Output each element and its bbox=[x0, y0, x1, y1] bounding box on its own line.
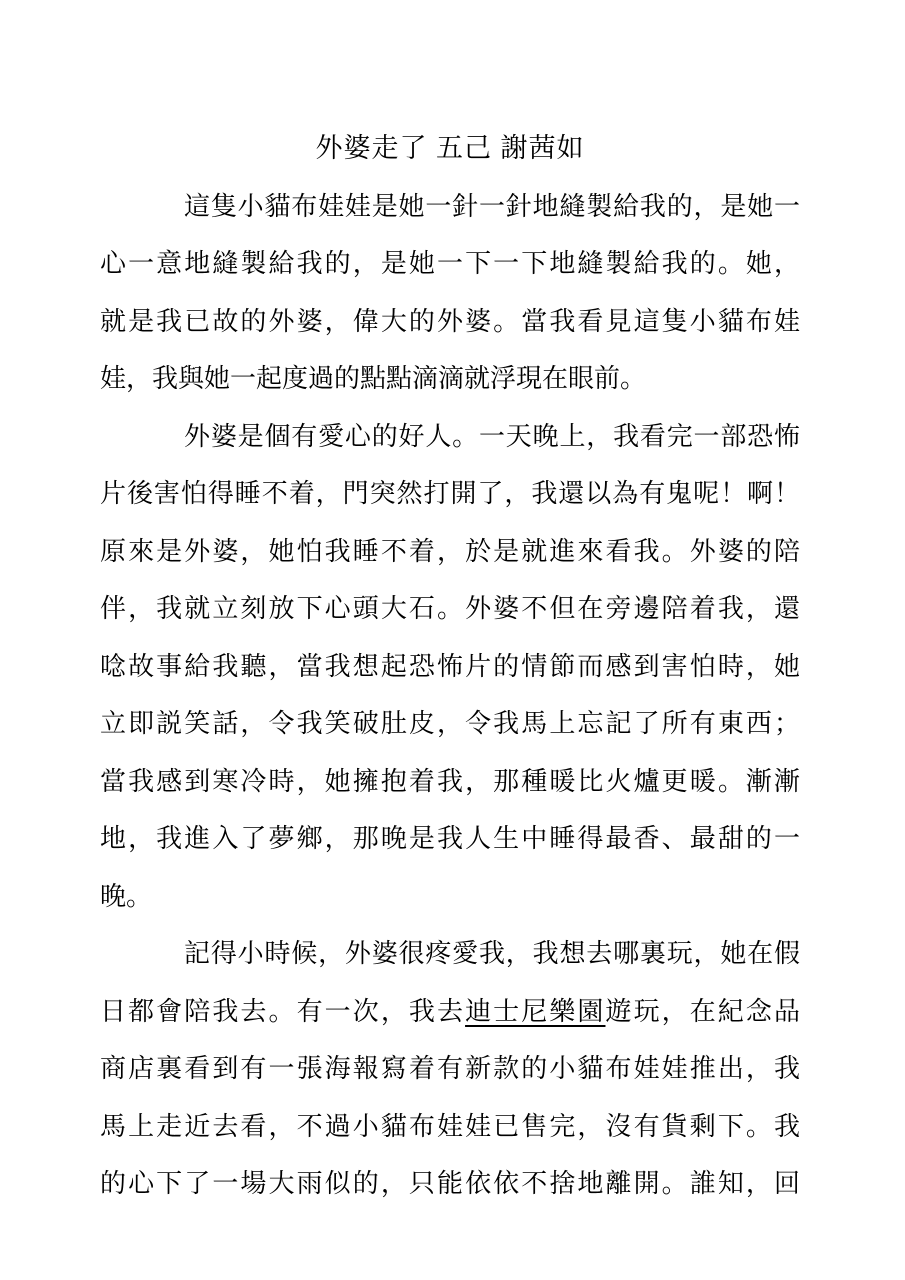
text-segment: 的心下了一場大雨似的，只能依依不捨地離開。誰知，回 bbox=[100, 1168, 800, 1198]
text-line: 記得小時候，外婆很疼愛我，我想去哪裏玩，她在假 bbox=[100, 925, 800, 983]
text-line: 娃，我與她一起度過的點點滴滴就浮現在眼前。 bbox=[100, 350, 800, 408]
text-segment: 這隻小貓布娃娃是她一針一針地縫製給我的，是她一 bbox=[184, 191, 800, 221]
text-segment: 立即説笑話，令我笑破肚皮，令我馬上忘記了所有東西； bbox=[100, 708, 800, 738]
text-line: 唸故事給我聽，當我想起恐怖片的情節而感到害怕時，她 bbox=[100, 638, 800, 696]
underlined-text: 迪士尼樂園 bbox=[465, 996, 605, 1026]
document-page: { "colors": { "background": "#ffffff", "… bbox=[0, 0, 905, 1280]
text-line: 原來是外婆，她怕我睡不着，於是就進來看我。外婆的陪 bbox=[100, 523, 800, 581]
text-line: 外婆是個有愛心的好人。一天晚上，我看完一部恐怖 bbox=[100, 408, 800, 466]
text-segment: 遊玩，在紀念品 bbox=[605, 996, 800, 1026]
text-segment: 心一意地縫製給我的，是她一下一下地縫製給我的。她， bbox=[100, 248, 800, 278]
text-segment: 馬上走近去看，不過小貓布娃娃已售完，沒有貨剩下。我 bbox=[100, 1111, 800, 1141]
text-line: 這隻小貓布娃娃是她一針一針地縫製給我的，是她一 bbox=[100, 178, 800, 236]
text-segment: 地，我進入了夢鄉，那晚是我人生中睡得最香、最甜的一 bbox=[100, 823, 800, 853]
text-segment: 晚。 bbox=[100, 881, 152, 911]
text-segment: 當我感到寒冷時，她擁抱着我，那種暖比火爐更暖。漸漸 bbox=[100, 766, 800, 796]
text-line: 立即説笑話，令我笑破肚皮，令我馬上忘記了所有東西； bbox=[100, 695, 800, 753]
text-line: 日都會陪我去。有一次，我去迪士尼樂園遊玩，在紀念品 bbox=[100, 983, 800, 1041]
text-segment: 記得小時候，外婆很疼愛我，我想去哪裏玩，她在假 bbox=[184, 938, 800, 968]
text-segment: 娃，我與她一起度過的點點滴滴就浮現在眼前。 bbox=[100, 363, 646, 393]
text-line: 商店裏看到有一張海報寫着有新款的小貓布娃娃推出，我 bbox=[100, 1040, 800, 1098]
text-segment: 就是我已故的外婆，偉大的外婆。當我看見這隻小貓布娃 bbox=[100, 306, 800, 336]
text-line: 當我感到寒冷時，她擁抱着我，那種暖比火爐更暖。漸漸 bbox=[100, 753, 800, 811]
document-body: 這隻小貓布娃娃是她一針一針地縫製給我的，是她一心一意地縫製給我的，是她一下一下地… bbox=[100, 178, 800, 1213]
text-line: 心一意地縫製給我的，是她一下一下地縫製給我的。她， bbox=[100, 235, 800, 293]
text-line: 馬上走近去看，不過小貓布娃娃已售完，沒有貨剩下。我 bbox=[100, 1098, 800, 1156]
document-title: 外婆走了 五己 謝茜如 bbox=[100, 120, 800, 178]
text-line: 的心下了一場大雨似的，只能依依不捨地離開。誰知，回 bbox=[100, 1155, 800, 1213]
text-segment: 片後害怕得睡不着，門突然打開了，我還以為有鬼呢！啊！ bbox=[100, 478, 800, 508]
text-segment: 伴，我就立刻放下心頭大石。外婆不但在旁邊陪着我，還 bbox=[100, 593, 800, 623]
text-line: 片後害怕得睡不着，門突然打開了，我還以為有鬼呢！啊！ bbox=[100, 465, 800, 523]
text-segment: 原來是外婆，她怕我睡不着，於是就進來看我。外婆的陪 bbox=[100, 536, 800, 566]
essay-document: 外婆走了 五己 謝茜如 這隻小貓布娃娃是她一針一針地縫製給我的，是她一心一意地縫… bbox=[100, 120, 800, 1213]
text-segment: 唸故事給我聽，當我想起恐怖片的情節而感到害怕時，她 bbox=[100, 651, 800, 681]
text-segment: 日都會陪我去。有一次，我去 bbox=[100, 996, 465, 1026]
text-line: 伴，我就立刻放下心頭大石。外婆不但在旁邊陪着我，還 bbox=[100, 580, 800, 638]
text-segment: 商店裏看到有一張海報寫着有新款的小貓布娃娃推出，我 bbox=[100, 1053, 800, 1083]
text-segment: 外婆是個有愛心的好人。一天晚上，我看完一部恐怖 bbox=[184, 421, 800, 451]
text-line: 地，我進入了夢鄉，那晚是我人生中睡得最香、最甜的一 bbox=[100, 810, 800, 868]
text-line: 就是我已故的外婆，偉大的外婆。當我看見這隻小貓布娃 bbox=[100, 293, 800, 351]
text-line: 晚。 bbox=[100, 868, 800, 926]
